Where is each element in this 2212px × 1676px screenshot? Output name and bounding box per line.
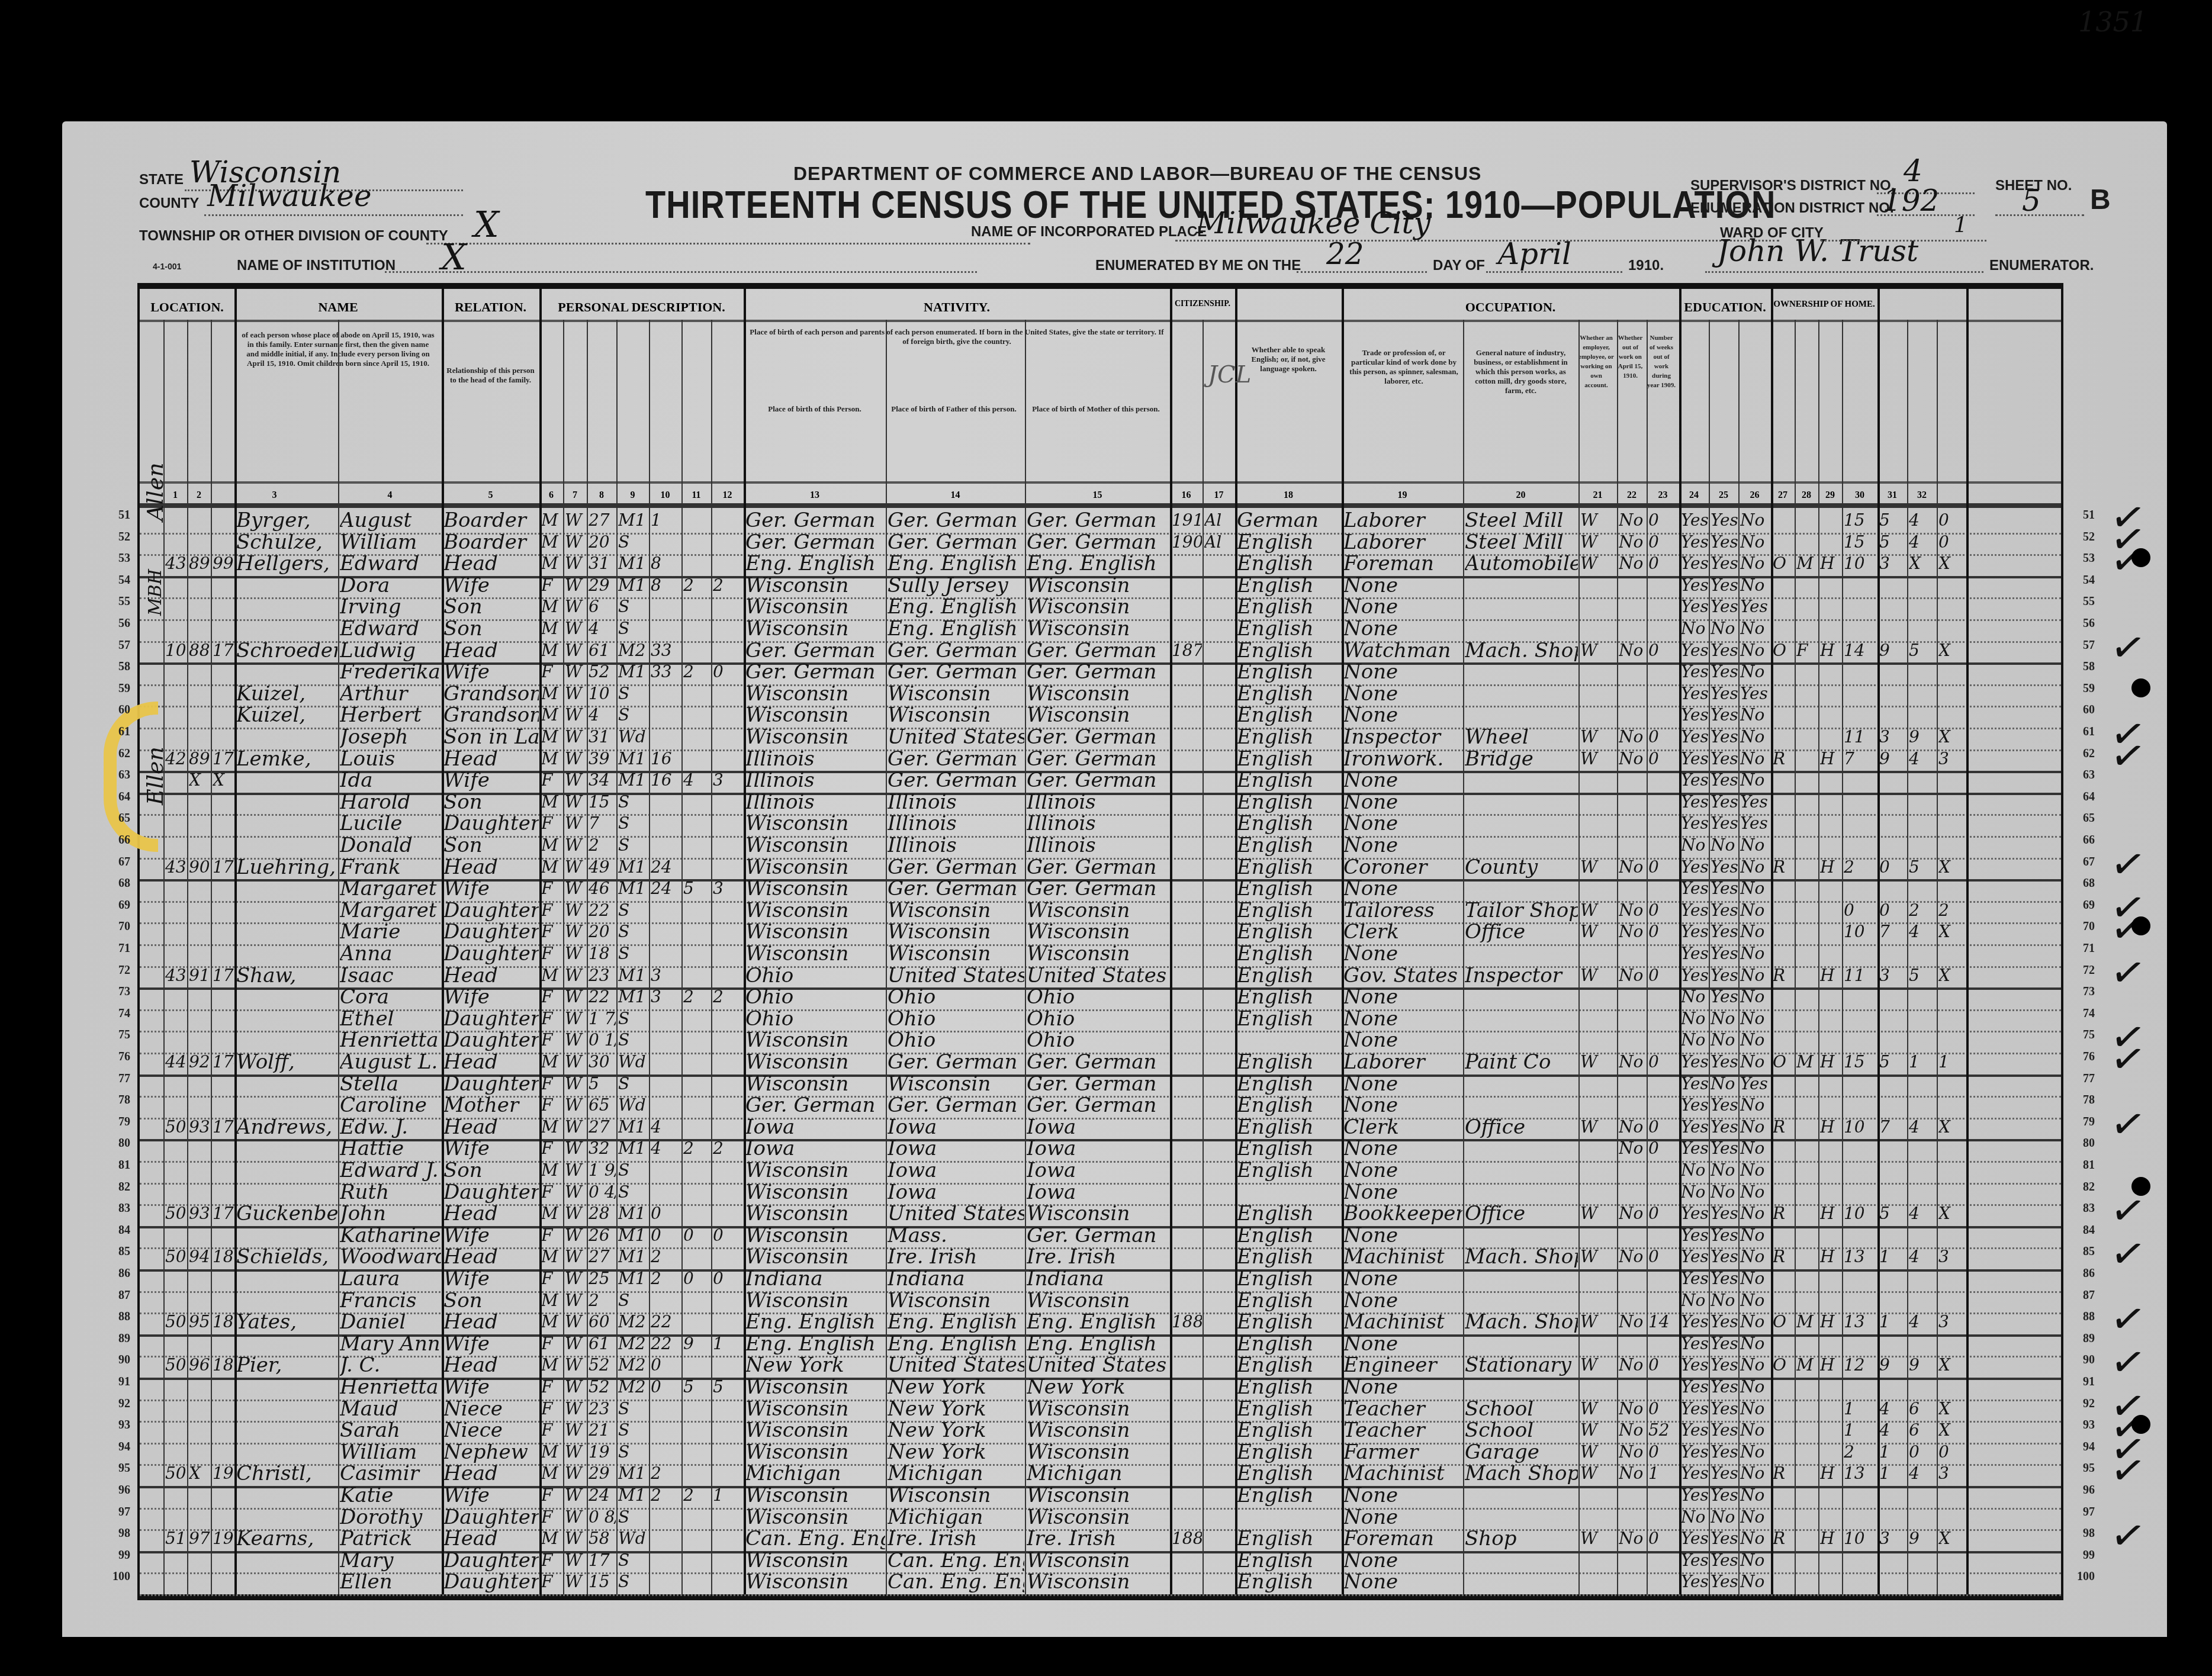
cell-living: 1 <box>713 1331 743 1357</box>
cell-mort: F <box>1796 638 1818 664</box>
column-divider <box>539 289 542 1594</box>
cell-dwelling: 91 <box>189 963 210 989</box>
line-number-left: 78 <box>101 1093 130 1107</box>
column-divider <box>1907 320 1908 1594</box>
trade-header: Trade or profession of, or particular ki… <box>1345 348 1463 386</box>
line-number-right: 64 <box>2065 790 2095 804</box>
column-number: 6 <box>539 490 563 501</box>
cell-out: No <box>1619 1461 1646 1487</box>
cell-industry: Mach. Shop <box>1465 638 1578 664</box>
line-number-left: 55 <box>101 595 130 609</box>
cell-weeks: 0 <box>1648 919 1679 945</box>
cell-years_married: 8 <box>651 572 681 599</box>
line-number-left: 95 <box>101 1462 130 1475</box>
group-personal: PERSONAL DESCRIPTION. <box>539 300 744 315</box>
cell-born: 0 <box>683 1266 710 1292</box>
cell-family: 173 <box>213 963 234 989</box>
cell-dwelling: 92 <box>189 1049 210 1075</box>
cell-born: 2 <box>683 1482 710 1508</box>
sheet-side: B <box>2090 184 2111 216</box>
cell-family: 188 <box>213 1309 234 1335</box>
cell-house: 501 <box>165 1201 187 1227</box>
cell-c32: X <box>1938 963 1966 989</box>
line-number-right: 93 <box>2065 1418 2095 1432</box>
cell-weeks: 0 <box>1648 746 1679 772</box>
cell-mort: M <box>1796 1049 1818 1075</box>
cell-industry: Office <box>1465 1201 1578 1227</box>
cell-own: R <box>1773 854 1794 880</box>
incorporated-place-value: Milwaukee City <box>1196 206 1430 240</box>
cell-surname: Schields, <box>236 1244 337 1270</box>
cell-surname: Christl, <box>236 1461 337 1487</box>
line-number-right: 60 <box>2065 703 2095 717</box>
cell-c32: X <box>1938 1526 1966 1552</box>
cell-surname: Yates, <box>236 1309 337 1335</box>
line-number-right: 87 <box>2065 1289 2095 1302</box>
cell-out: No <box>1619 1049 1646 1075</box>
cell-fh: H <box>1820 1049 1841 1075</box>
cell-c30: 3 <box>1879 963 1906 989</box>
cell-surname: Schroeder, <box>236 638 337 664</box>
cell-sched: 10 <box>1844 919 1877 945</box>
cell-c30: 9 <box>1879 1352 1906 1378</box>
line-number-left: 69 <box>101 899 130 912</box>
enumeration-district-value: 192 <box>1883 184 1939 218</box>
group-location: LOCATION. <box>140 300 234 315</box>
cell-c31: 4 <box>1909 1461 1936 1487</box>
state-label: State <box>139 172 184 188</box>
cell-c31: 5 <box>1909 963 1936 989</box>
cell-c30: 7 <box>1879 1114 1906 1140</box>
cell-weeks: 0 <box>1648 551 1679 577</box>
day-line <box>1297 271 1427 273</box>
column-divider <box>886 320 887 1594</box>
cell-age: 15 <box>589 1569 616 1595</box>
cell-trade: None <box>1343 1569 1462 1595</box>
enumerator-line <box>1705 271 1983 273</box>
line-number-left: 75 <box>101 1028 130 1042</box>
cell-weeks: 0 <box>1648 1526 1679 1552</box>
cell-living: 1 <box>713 1482 743 1508</box>
cell-house: 505 <box>165 1244 187 1270</box>
incorporated-place-label: Name of incorporated place <box>971 224 1207 240</box>
cell-school: No <box>1740 1569 1770 1595</box>
line-number-right: 84 <box>2065 1224 2095 1237</box>
cell-dwelling: 93 <box>189 1114 210 1140</box>
column-divider <box>1842 320 1843 1594</box>
cell-own: O <box>1773 1352 1794 1378</box>
column-number: 31 <box>1877 490 1907 501</box>
cell-house: 425 <box>165 746 187 772</box>
line-number-left: 79 <box>101 1115 130 1129</box>
day-of-label: day of <box>1433 258 1485 274</box>
cell-own: O <box>1773 1049 1794 1075</box>
cell-dwelling: 93 <box>189 1201 210 1227</box>
column-divider <box>744 289 746 1594</box>
line-number-left: 80 <box>101 1137 130 1150</box>
line-number-left: 88 <box>101 1310 130 1324</box>
column-divider <box>1795 320 1796 1594</box>
cell-immig: 1882 <box>1172 1526 1202 1552</box>
line-number-left: 71 <box>101 942 130 956</box>
cell-industry: Stationary <box>1465 1352 1578 1378</box>
cell-house: 507 <box>165 1461 187 1487</box>
cell-sched: 11 <box>1844 963 1877 989</box>
cell-family: 172 <box>213 854 234 880</box>
cell-emp: W <box>1580 1352 1616 1378</box>
line-number-right: 83 <box>2065 1202 2095 1215</box>
cell-years_married: 24 <box>651 876 681 902</box>
line-number-right: 71 <box>2065 942 2095 956</box>
line-number-right: 94 <box>2065 1440 2095 1454</box>
line-number-right: 91 <box>2065 1375 2095 1389</box>
cell-living: 0 <box>713 1223 743 1249</box>
cell-nat: Al <box>1204 529 1234 555</box>
county-value: Milwaukee <box>207 179 371 213</box>
township-value: X <box>474 204 499 246</box>
cell-c32: X <box>1938 551 1966 577</box>
line-number-right: 75 <box>2065 1028 2095 1042</box>
cell-c31: 1 <box>1909 1049 1936 1075</box>
cell-weeks: 0 <box>1648 1201 1679 1227</box>
column-divider <box>1203 320 1204 1594</box>
county-line <box>204 214 463 216</box>
industry-header: General nature of industry, business, or… <box>1466 348 1576 395</box>
cell-industry: Automobiles <box>1465 551 1578 577</box>
cell-c30: 0 <box>1879 854 1906 880</box>
line-number-right: 80 <box>2065 1137 2095 1150</box>
cell-emp: W <box>1580 919 1616 945</box>
cell-living: 0 <box>713 659 743 685</box>
sheet-no-value: 5 <box>2022 184 2041 218</box>
cell-out: No <box>1619 746 1646 772</box>
line-number-left: 67 <box>101 855 130 869</box>
cell-house: 434 <box>165 551 187 577</box>
cell-sched: 10 <box>1844 1114 1877 1140</box>
line-number-left: 52 <box>101 530 130 544</box>
line-number-left: 89 <box>101 1332 130 1346</box>
cell-weeks: 0 <box>1648 963 1679 989</box>
cell-out: No <box>1619 1526 1646 1552</box>
line-number-left: 98 <box>101 1527 130 1540</box>
cell-fh: H <box>1820 746 1841 772</box>
birth-mother-header: Place of birth of Mother of this person. <box>1028 404 1164 414</box>
cell-weeks: 0 <box>1648 1244 1679 1270</box>
language-header: Whether able to speak English; or, if no… <box>1241 345 1336 374</box>
cell-dwelling: 94 <box>189 1244 210 1270</box>
line-number-left: 53 <box>101 552 130 565</box>
line-number-right: 77 <box>2065 1072 2095 1086</box>
line-number-right: 59 <box>2065 682 2095 696</box>
cell-out: No <box>1619 1135 1646 1162</box>
line-number-right: 79 <box>2065 1115 2095 1129</box>
cell-sched: 13 <box>1844 1244 1877 1270</box>
line-number-right: 51 <box>2065 509 2095 522</box>
cell-c31: 4 <box>1909 1244 1936 1270</box>
cell-out: No <box>1619 1309 1646 1335</box>
cell-surname: Andrews, <box>236 1114 337 1140</box>
cell-c31: 4 <box>1909 1114 1936 1140</box>
cell-born: 9 <box>683 1331 710 1357</box>
cell-weeks: 0 <box>1648 1135 1679 1162</box>
line-number-left: 68 <box>101 877 130 890</box>
line-number-left: 99 <box>101 1549 130 1562</box>
cell-write: Yes <box>1711 1569 1738 1595</box>
line-number-left: 70 <box>101 920 130 934</box>
cell-c30: 1 <box>1879 1309 1906 1335</box>
cell-industry: Office <box>1465 919 1578 945</box>
weeks-out-header: Number of weeks out of work during year … <box>1647 333 1676 390</box>
enumerated-label: Enumerated by me on the <box>1095 258 1301 274</box>
line-number-left: 90 <box>101 1353 130 1367</box>
institution-line <box>385 271 977 273</box>
column-divider <box>1025 320 1026 1594</box>
cell-dwelling: 97 <box>189 1526 210 1552</box>
column-number: 8 <box>587 490 616 501</box>
line-number-left: 81 <box>101 1159 130 1172</box>
cell-family: 190 <box>213 1461 234 1487</box>
line-number-right: 78 <box>2065 1093 2095 1107</box>
cell-sched: 10 <box>1844 551 1877 577</box>
cell-emp: W <box>1580 1461 1616 1487</box>
cell-fh: H <box>1820 1526 1841 1552</box>
birth-person-header: Place of birth of this Person. <box>750 404 880 414</box>
supervisor-district-label: Supervisor's District No. <box>1690 178 1895 194</box>
line-number-right: 92 <box>2065 1397 2095 1411</box>
cell-born: 4 <box>683 767 710 793</box>
column-number: 5 <box>442 490 539 501</box>
cell-c30: 1 <box>1879 1244 1906 1270</box>
cell-sched: 13 <box>1844 1309 1877 1335</box>
line-number-left: 66 <box>101 834 130 847</box>
column-number: 21 <box>1578 490 1617 501</box>
cell-family: 174 <box>213 1049 234 1075</box>
group-occupation: OCCUPATION. <box>1342 300 1679 315</box>
column-number: 15 <box>1025 490 1170 501</box>
line-number-left: 64 <box>101 790 130 804</box>
cell-c30: 5 <box>1879 1201 1906 1227</box>
line-number-left: 93 <box>101 1418 130 1432</box>
form-code: 4-1-001 <box>153 262 181 271</box>
cell-house: 517 <box>165 1526 187 1552</box>
line-number-left: 96 <box>101 1484 130 1497</box>
cell-c30: 9 <box>1879 638 1906 664</box>
cell-emp: W <box>1580 1526 1616 1552</box>
cell-family: 189 <box>213 1352 234 1378</box>
cell-industry: Mach. Shop <box>1465 1244 1578 1270</box>
column-divider <box>1771 289 1773 1594</box>
cell-own: O <box>1773 1309 1794 1335</box>
column-divider <box>1617 320 1618 1594</box>
line-number-right: 88 <box>2065 1310 2095 1324</box>
cell-house: 507 <box>165 1352 187 1378</box>
line-number-left: 65 <box>101 812 130 825</box>
cell-c30: 7 <box>1879 919 1906 945</box>
line-number-left: 57 <box>101 639 130 652</box>
cell-family: 191 <box>213 1526 234 1552</box>
line-number-left: 62 <box>101 747 130 761</box>
group-ownership: OWNERSHIP OF HOME. <box>1771 300 1877 310</box>
column-divider <box>1738 320 1740 1594</box>
cell-family: 170 <box>213 638 234 664</box>
enumeration-district-label: Enumeration District No. <box>1690 200 1894 217</box>
column-number: 9 <box>616 490 649 501</box>
column-divider <box>711 320 712 1594</box>
column-number: 28 <box>1795 490 1818 501</box>
group-education: EDUCATION. <box>1679 300 1771 315</box>
cell-c31: 9 <box>1909 1526 1936 1552</box>
cell-own: R <box>1773 963 1794 989</box>
cell-mort: M <box>1796 1309 1818 1335</box>
group-nativity: NATIVITY. <box>744 300 1170 315</box>
cell-family: X <box>213 767 234 793</box>
cell-surname: Luehring, <box>236 854 337 880</box>
column-divider <box>442 289 444 1594</box>
page-stamp: 1351 <box>2078 6 2147 38</box>
cell-years_married: 33 <box>651 659 681 685</box>
cell-sched: 7 <box>1844 746 1877 772</box>
cell-immig: 1909 <box>1172 529 1202 555</box>
cell-relation: Daughter <box>443 1569 539 1595</box>
column-divider <box>1937 320 1938 1594</box>
cell-own: R <box>1773 1526 1794 1552</box>
column-divider <box>1463 320 1464 1594</box>
cell-industry: Office <box>1465 1114 1578 1140</box>
cell-living: 3 <box>713 767 743 793</box>
cell-fh: H <box>1820 963 1841 989</box>
line-number-right: 61 <box>2065 725 2095 739</box>
column-number: 32 <box>1907 490 1937 501</box>
cell-surname: Hellgers, <box>236 551 337 577</box>
cell-dwelling: 89 <box>189 551 210 577</box>
line-number-right: 74 <box>2065 1007 2095 1021</box>
line-number-right: 82 <box>2065 1180 2095 1194</box>
line-number-right: 72 <box>2065 964 2095 977</box>
cell-out: No <box>1619 638 1646 664</box>
cell-surname: Kuizel, <box>236 702 337 728</box>
cell-c31: 4 <box>1909 1309 1936 1335</box>
cell-lang: English <box>1237 1006 1341 1032</box>
column-divider <box>1235 289 1237 1594</box>
cell-industry: Mach. Shop <box>1465 1309 1578 1335</box>
column-number: 4 <box>338 490 442 501</box>
line-number-right: 68 <box>2065 877 2095 890</box>
column-number: 10 <box>649 490 681 501</box>
column-divider <box>187 320 188 1594</box>
nativity-description: Place of birth of each person and parent… <box>750 327 1164 346</box>
cell-c30: 9 <box>1879 746 1906 772</box>
cell-years_married: 4 <box>651 1135 681 1162</box>
ward-value: 1 <box>1954 213 1967 237</box>
cell-sched: 10 <box>1844 1201 1877 1227</box>
column-divider <box>1818 320 1819 1594</box>
cell-living: 2 <box>713 1135 743 1162</box>
cell-living: 2 <box>713 984 743 1010</box>
column-divider <box>1170 289 1172 1594</box>
cell-own: R <box>1773 1114 1794 1140</box>
line-number-right: 95 <box>2065 1462 2095 1475</box>
cell-weeks: 0 <box>1648 1352 1679 1378</box>
line-number-right: 97 <box>2065 1505 2095 1519</box>
ward-line <box>1821 240 1986 242</box>
cell-own: R <box>1773 1244 1794 1270</box>
column-number: 27 <box>1771 490 1795 501</box>
column-number: 29 <box>1818 490 1842 501</box>
line-number-left: 87 <box>101 1289 130 1302</box>
cell-immig: 1872 <box>1172 638 1202 664</box>
cell-c32: X <box>1938 1352 1966 1378</box>
enumerated-day: 22 <box>1326 237 1364 271</box>
cell-lang: English <box>1237 1569 1341 1595</box>
cell-c31: 5 <box>1909 854 1936 880</box>
cell-born: 5 <box>683 1374 710 1400</box>
cell-out: No <box>1619 1201 1646 1227</box>
cell-born: 2 <box>683 572 710 599</box>
cell-years_married: 16 <box>651 767 681 793</box>
group-citizenship: CITIZENSHIP. <box>1170 300 1235 309</box>
cell-lang: English <box>1237 1157 1341 1183</box>
column-number: 23 <box>1647 490 1679 501</box>
line-number-left: 86 <box>101 1267 130 1281</box>
cell-bpm: Wisconsin <box>1027 1569 1169 1595</box>
cell-industry: Inspector <box>1465 963 1578 989</box>
cell-family: 176 <box>213 1201 234 1227</box>
line-number-right: 98 <box>2065 1527 2095 1540</box>
line-number-left: 97 <box>101 1505 130 1519</box>
cell-c32: 1 <box>1938 1049 1966 1075</box>
cell-weeks: 0 <box>1648 638 1679 664</box>
enumerator-label: Enumerator. <box>1989 258 2094 274</box>
column-divider <box>1578 320 1580 1594</box>
column-number: 2 <box>187 490 211 501</box>
cell-house: 503 <box>165 1114 187 1140</box>
line-number-left: 63 <box>101 768 130 782</box>
line-number-right: 76 <box>2065 1050 2095 1064</box>
line-number-left: 100 <box>101 1570 130 1584</box>
month-line <box>1486 271 1622 273</box>
column-divider <box>1877 289 1880 1594</box>
group-name: NAME <box>234 300 442 315</box>
cell-family: 187 <box>213 1244 234 1270</box>
line-number-left: 91 <box>101 1375 130 1389</box>
cell-c32: X <box>1938 1114 1966 1140</box>
cell-out: No <box>1619 919 1646 945</box>
cell-surname: Lemke, <box>236 746 337 772</box>
cell-sched: 15 <box>1844 1049 1877 1075</box>
cell-read: Yes <box>1681 1569 1708 1595</box>
cell-fh: H <box>1820 1244 1841 1270</box>
cell-living: 5 <box>713 1374 743 1400</box>
column-number: 11 <box>681 490 711 501</box>
cell-dwelling: 90 <box>189 854 210 880</box>
cell-dwelling: 88 <box>189 638 210 664</box>
cell-own: O <box>1773 551 1794 577</box>
cell-c31: 4 <box>1909 919 1936 945</box>
line-number-right: 53 <box>2065 552 2095 565</box>
cell-c31: 4 <box>1909 1201 1936 1227</box>
cell-born: 2 <box>683 984 710 1010</box>
township-label: Township or other division of county <box>139 228 448 245</box>
employer-header: Whether an employer, employee, or workin… <box>1578 333 1614 390</box>
cell-dwelling: 96 <box>189 1352 210 1378</box>
column-number: 16 <box>1170 490 1203 501</box>
cell-born: 2 <box>683 659 710 685</box>
cell-house: 449 <box>165 1049 187 1075</box>
line-number-left: 84 <box>101 1224 130 1237</box>
cell-race: W <box>565 1569 586 1595</box>
birth-father-header: Place of birth of Father of this person. <box>889 404 1019 414</box>
punch-hole-icon <box>2131 548 2150 567</box>
